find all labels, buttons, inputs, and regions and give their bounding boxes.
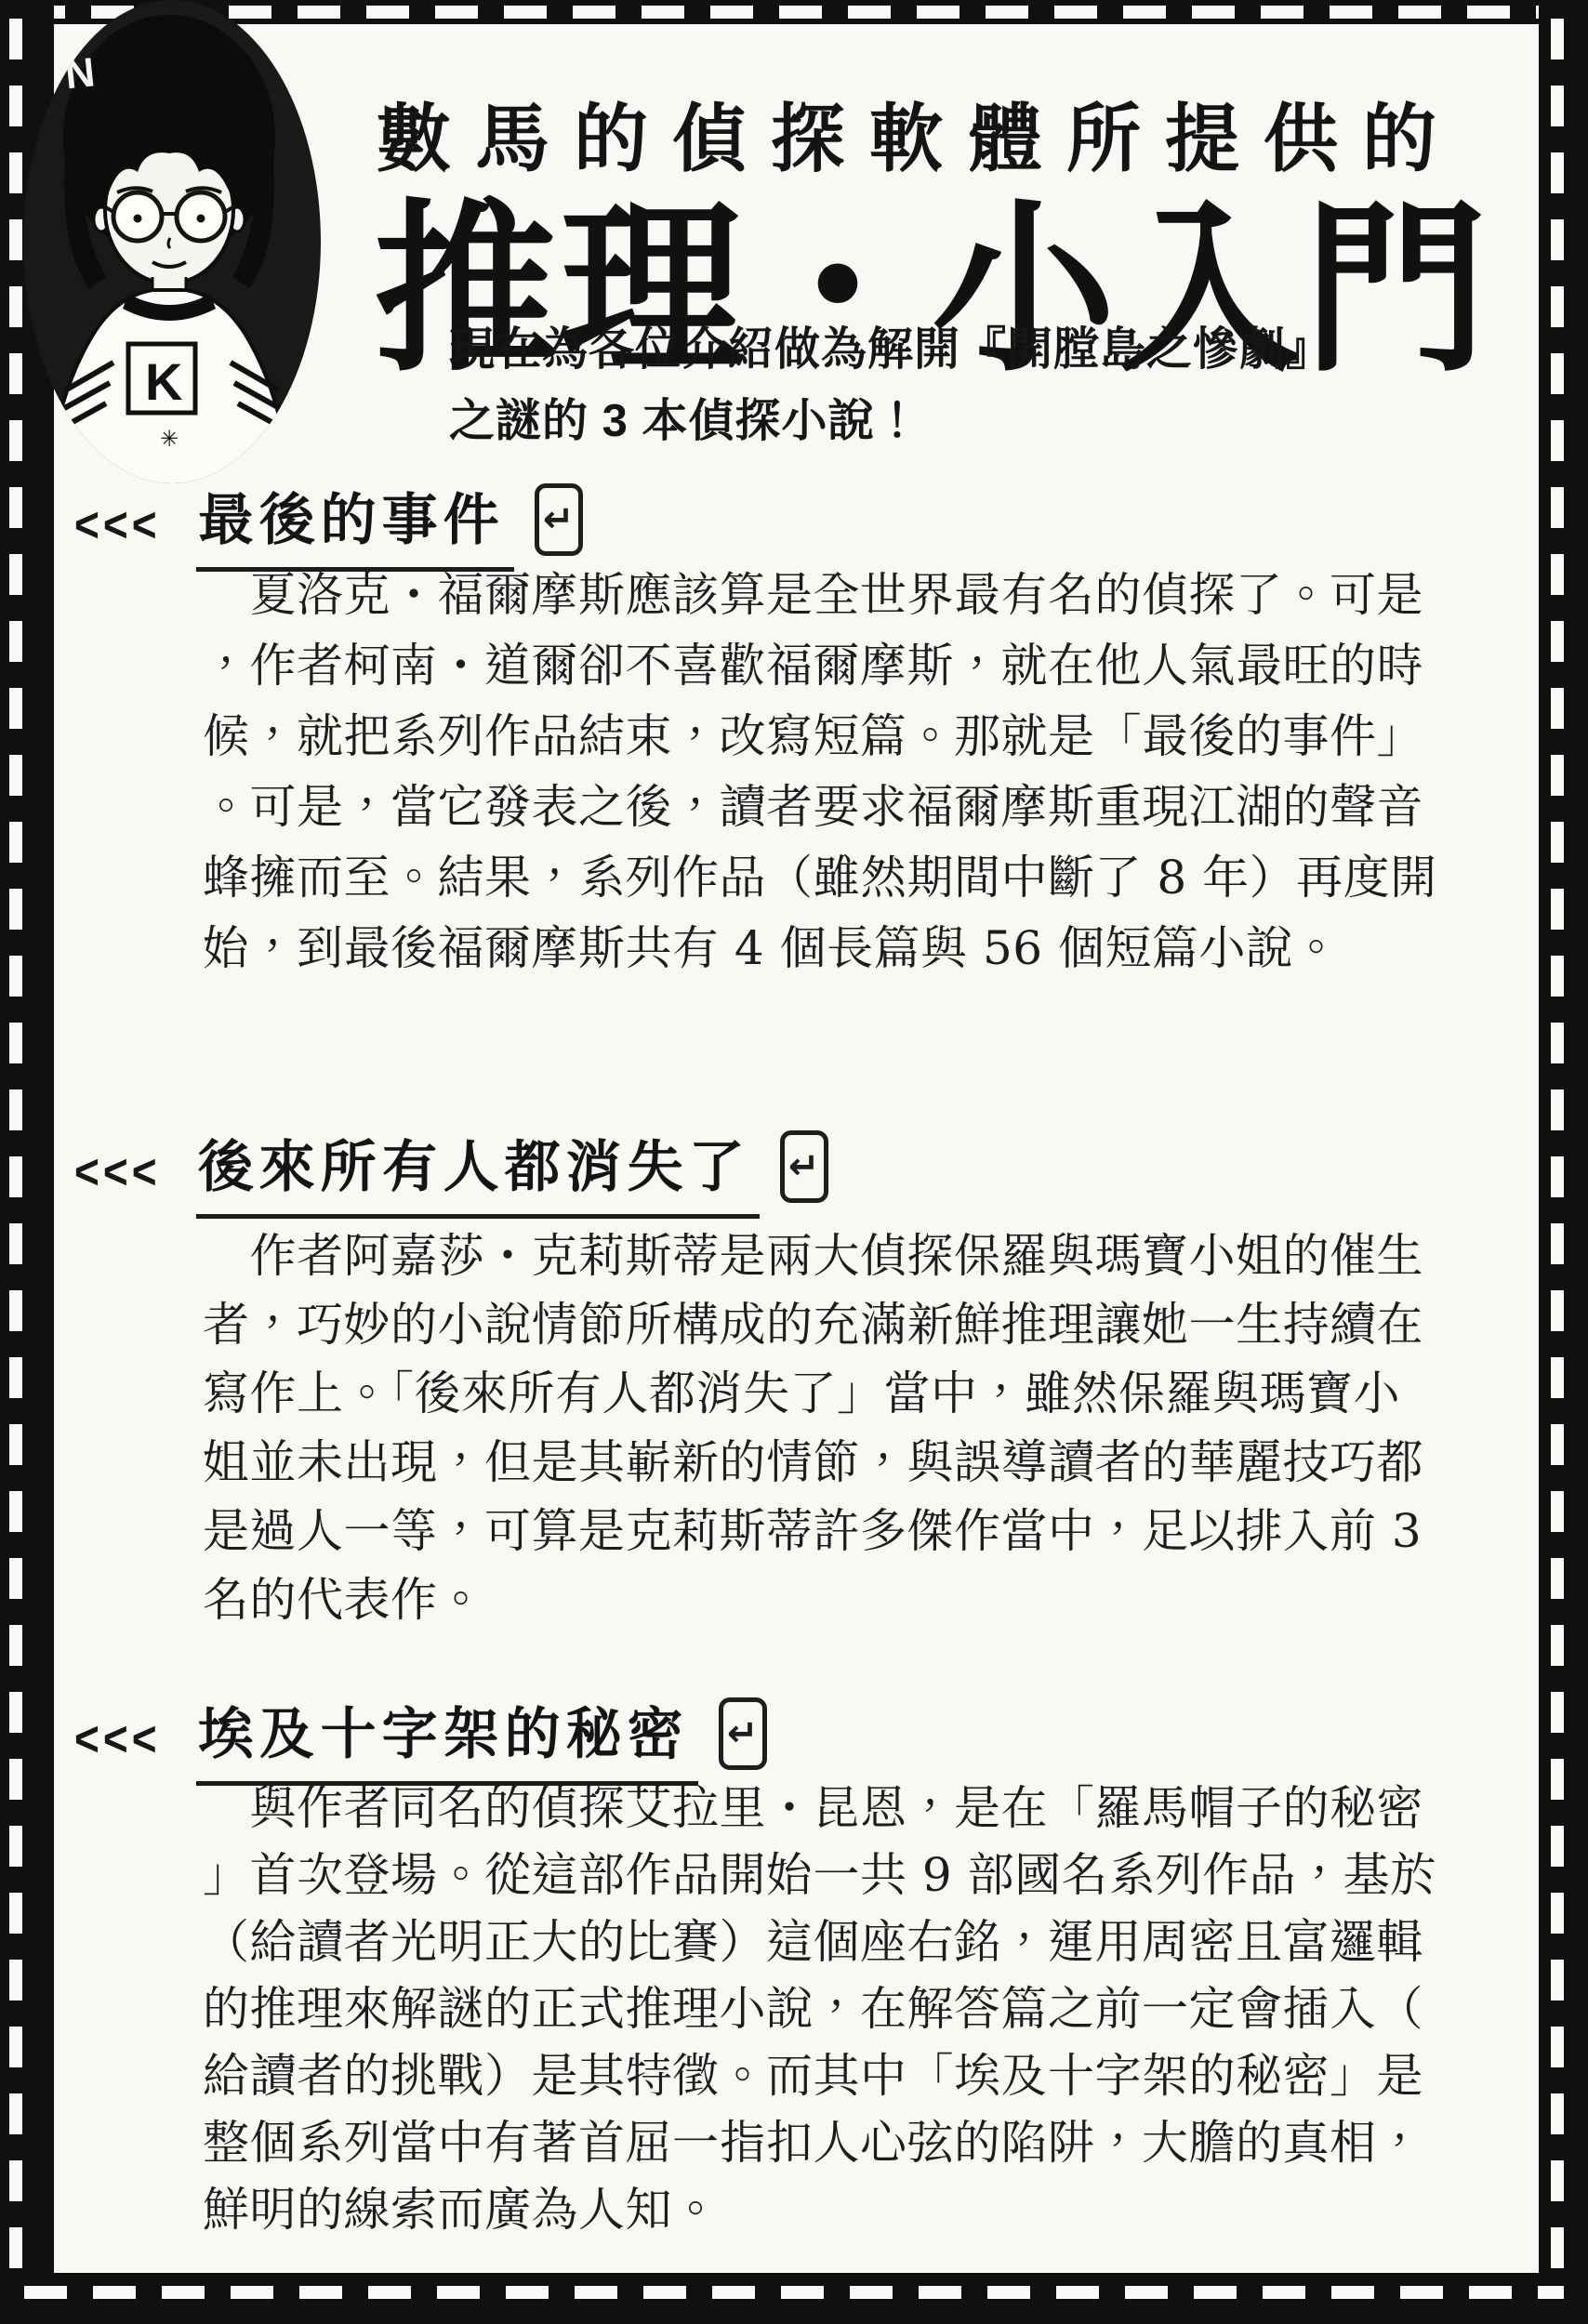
chevrons-marker: <<< bbox=[74, 1142, 161, 1199]
boy-with-glasses-illustration: N bbox=[22, 0, 322, 485]
section-title: 最後的事件 bbox=[196, 476, 514, 572]
section-body-last-case: 夏洛克・福爾摩斯應該算是全世界最有名的偵探了。可是 ，作者柯南・道爾卻不喜歡福爾… bbox=[203, 560, 1490, 984]
kicker-title: 數馬的偵探軟體所提供的 bbox=[377, 102, 1461, 177]
manga-guide-page: N bbox=[0, 0, 1588, 2324]
section-header-egyptian-cross: <<< 埃及十字架的秘密 ↵ bbox=[74, 1690, 767, 1786]
border-right-stitched bbox=[1539, 0, 1588, 2324]
return-key-icon: ↵ bbox=[719, 1697, 767, 1770]
chevrons-marker: <<< bbox=[74, 495, 161, 552]
section-title: 埃及十字架的秘密 bbox=[196, 1690, 698, 1786]
section-body-egyptian-cross: 與作者同名的偵探艾拉里・昆恩，是在「羅馬帽子的秘密 」首次登場。從這部作品開始一… bbox=[203, 1775, 1490, 2243]
return-key-icon: ↵ bbox=[535, 483, 583, 556]
intro-text: 現在為各位介紹做為解開『開膛島之慘劇』 之謎的 3 本偵探小說！ bbox=[449, 314, 1332, 457]
shirt-letter-k: K bbox=[145, 352, 182, 411]
return-key-icon: ↵ bbox=[780, 1130, 828, 1203]
section-header-then-there-were-none: <<< 後來所有人都消失了 ↵ bbox=[74, 1123, 828, 1219]
section-body-then-there-were-none: 作者阿嘉莎・克莉斯蒂是兩大偵探保羅與瑪寶小姐的催生 者，巧妙的小說情節所構成的充… bbox=[203, 1221, 1490, 1634]
shirt-bug-mark: ✳ bbox=[160, 426, 179, 452]
border-bottom-stitched bbox=[0, 2273, 1588, 2324]
character-portrait: N bbox=[22, 0, 322, 485]
section-title: 後來所有人都消失了 bbox=[196, 1123, 760, 1219]
hair-letter-n: N bbox=[63, 49, 98, 98]
chevrons-marker: <<< bbox=[74, 1709, 161, 1766]
section-header-last-case: <<< 最後的事件 ↵ bbox=[74, 476, 583, 572]
